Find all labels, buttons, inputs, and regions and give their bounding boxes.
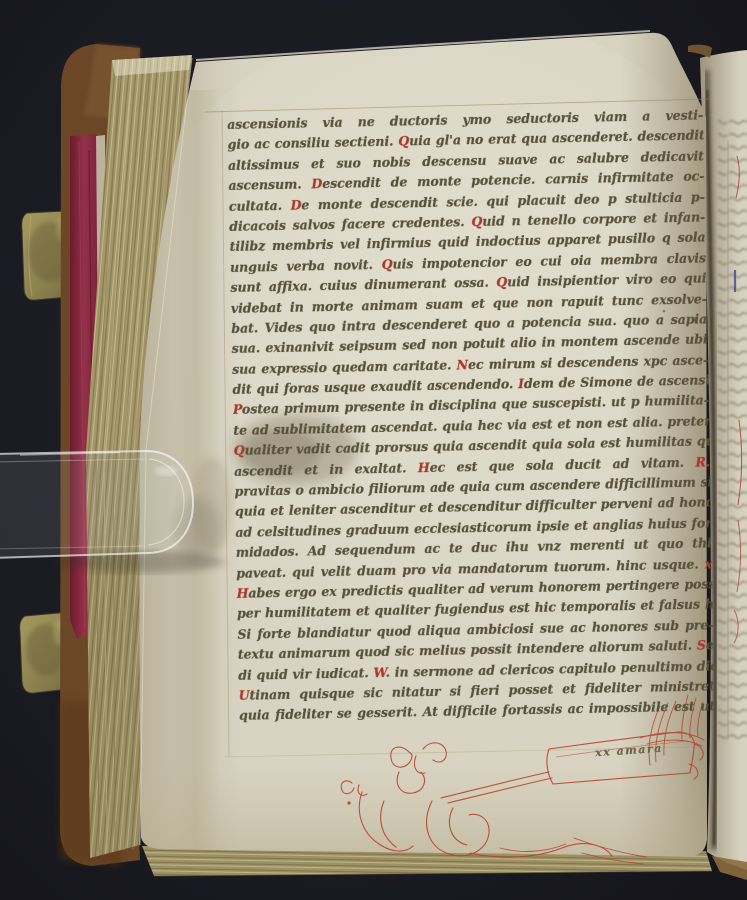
ink-text: ascensum. — [228, 176, 311, 193]
ink-text: di quid vir iudicat. — [238, 665, 374, 683]
rubricated-initial: Q — [471, 214, 482, 229]
ink-text: ed au- — [706, 637, 714, 653]
ink-text: sunt affixa. cuius dinumerant ossa. — [230, 275, 496, 295]
ink-text: unguis verba novit. — [230, 257, 382, 275]
ink-text: sua expressio quedam caritate. — [232, 357, 457, 377]
rubricated-initial: H — [418, 460, 430, 475]
ink-text: uid insipientior viro eo qui — [507, 271, 706, 290]
ink-text: ec mirum si descendens xpc asce- — [468, 352, 708, 372]
rubricated-initial: D — [311, 176, 322, 191]
rubricated-initial: R. — [695, 454, 710, 469]
rubricated-initial: Q — [496, 275, 507, 290]
rubricated-initial: S — [697, 638, 706, 653]
ink-text: cultata. — [229, 197, 291, 213]
rubricated-initial: D — [290, 197, 301, 212]
rubricated-initial: W — [373, 664, 385, 679]
ink-text: ec est que sola ducit ad vitam. — [430, 454, 696, 474]
rubricated-initial: Q — [234, 443, 245, 458]
ink-text: dicacois salvos facere credentes. — [229, 214, 471, 234]
rubricated-initial: P — [233, 402, 242, 417]
text-block: ascensionis via ne ductoris ymo seductor… — [227, 105, 715, 726]
rubricated-initial: H — [236, 586, 248, 601]
rubricated-initial: N — [456, 357, 468, 372]
rubricated-initial: x — [705, 556, 713, 571]
rubricated-initial: Q — [398, 134, 409, 149]
photograph-of-manuscript: ascensionis via ne ductoris ymo seductor… — [0, 0, 747, 900]
ink-text: uis impotencior eo cui oia membra clavis — [392, 250, 706, 271]
ink-text: dit qui foras usque exaudit ascendendo. — [232, 376, 518, 397]
ink-text: gio ac consiliu sectieni. — [227, 134, 398, 152]
ink-text: dem de Simone de ascensio. — [524, 372, 709, 391]
rubricated-initial: U — [238, 688, 249, 703]
ink-text: uia gl'a no erat qua ascenderet. descend… — [409, 128, 704, 149]
ink-text: ascendit et in exaltat. — [234, 460, 418, 479]
ink-text: uid n tenello corpore et infan- — [482, 209, 705, 228]
